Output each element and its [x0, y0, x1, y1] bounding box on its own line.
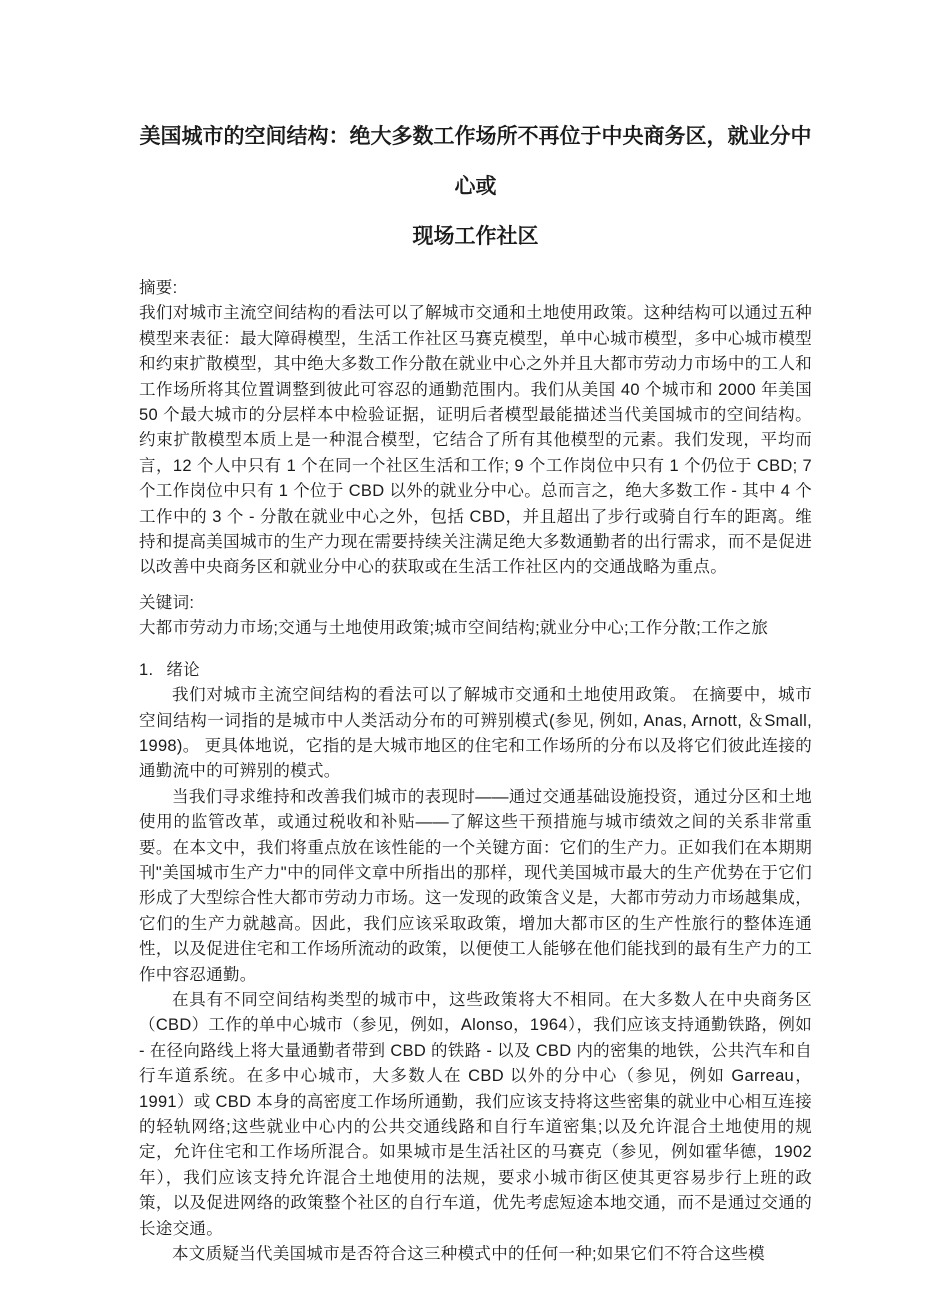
document-title-line-1: 美国城市的空间结构：绝大多数工作场所不再位于中央商务区，就业分中心或 [139, 112, 812, 212]
introduction-paragraph-4: 本文质疑当代美国城市是否符合这三种模式中的任何一种;如果它们不符合这些模 [139, 1242, 812, 1267]
document-content: 美国城市的空间结构：绝大多数工作场所不再位于中央商务区，就业分中心或 现场工作社… [139, 112, 812, 1267]
abstract-label: 摘要: [139, 276, 812, 301]
introduction-paragraph-2: 当我们寻求维持和改善我们城市的表现时——通过交通基础设施投资，通过分区和土地使用… [139, 785, 812, 988]
keywords-label: 关键词: [139, 591, 812, 616]
abstract-section: 摘要: 我们对城市主流空间结构的看法可以了解城市交通和土地使用政策。这种结构可以… [139, 276, 812, 581]
introduction-section: 1.绪论 我们对城市主流空间结构的看法可以了解城市交通和土地使用政策。 在摘要中… [139, 658, 812, 1268]
keywords-text: 大都市劳动力市场;交通与土地使用政策;城市空间结构;就业分中心;工作分散;工作之… [139, 616, 812, 641]
section-heading-text: 绪论 [166, 661, 200, 679]
keywords-section: 关键词: 大都市劳动力市场;交通与土地使用政策;城市空间结构;就业分中心;工作分… [139, 591, 812, 642]
abstract-text: 我们对城市主流空间结构的看法可以了解城市交通和土地使用政策。这种结构可以通过五种… [139, 301, 812, 580]
introduction-paragraph-3: 在具有不同空间结构类型的城市中，这些政策将大不相同。在大多数人在中央商务区（CB… [139, 988, 812, 1242]
document-title: 美国城市的空间结构：绝大多数工作场所不再位于中央商务区，就业分中心或 现场工作社… [139, 112, 812, 262]
document-page: 美国城市的空间结构：绝大多数工作场所不再位于中央商务区，就业分中心或 现场工作社… [0, 0, 926, 1309]
introduction-paragraph-1: 我们对城市主流空间结构的看法可以了解城市交通和土地使用政策。 在摘要中，城市空间… [139, 683, 812, 785]
document-title-line-2: 现场工作社区 [139, 212, 812, 262]
section-heading: 1.绪论 [139, 658, 812, 683]
section-number: 1. [139, 661, 153, 679]
